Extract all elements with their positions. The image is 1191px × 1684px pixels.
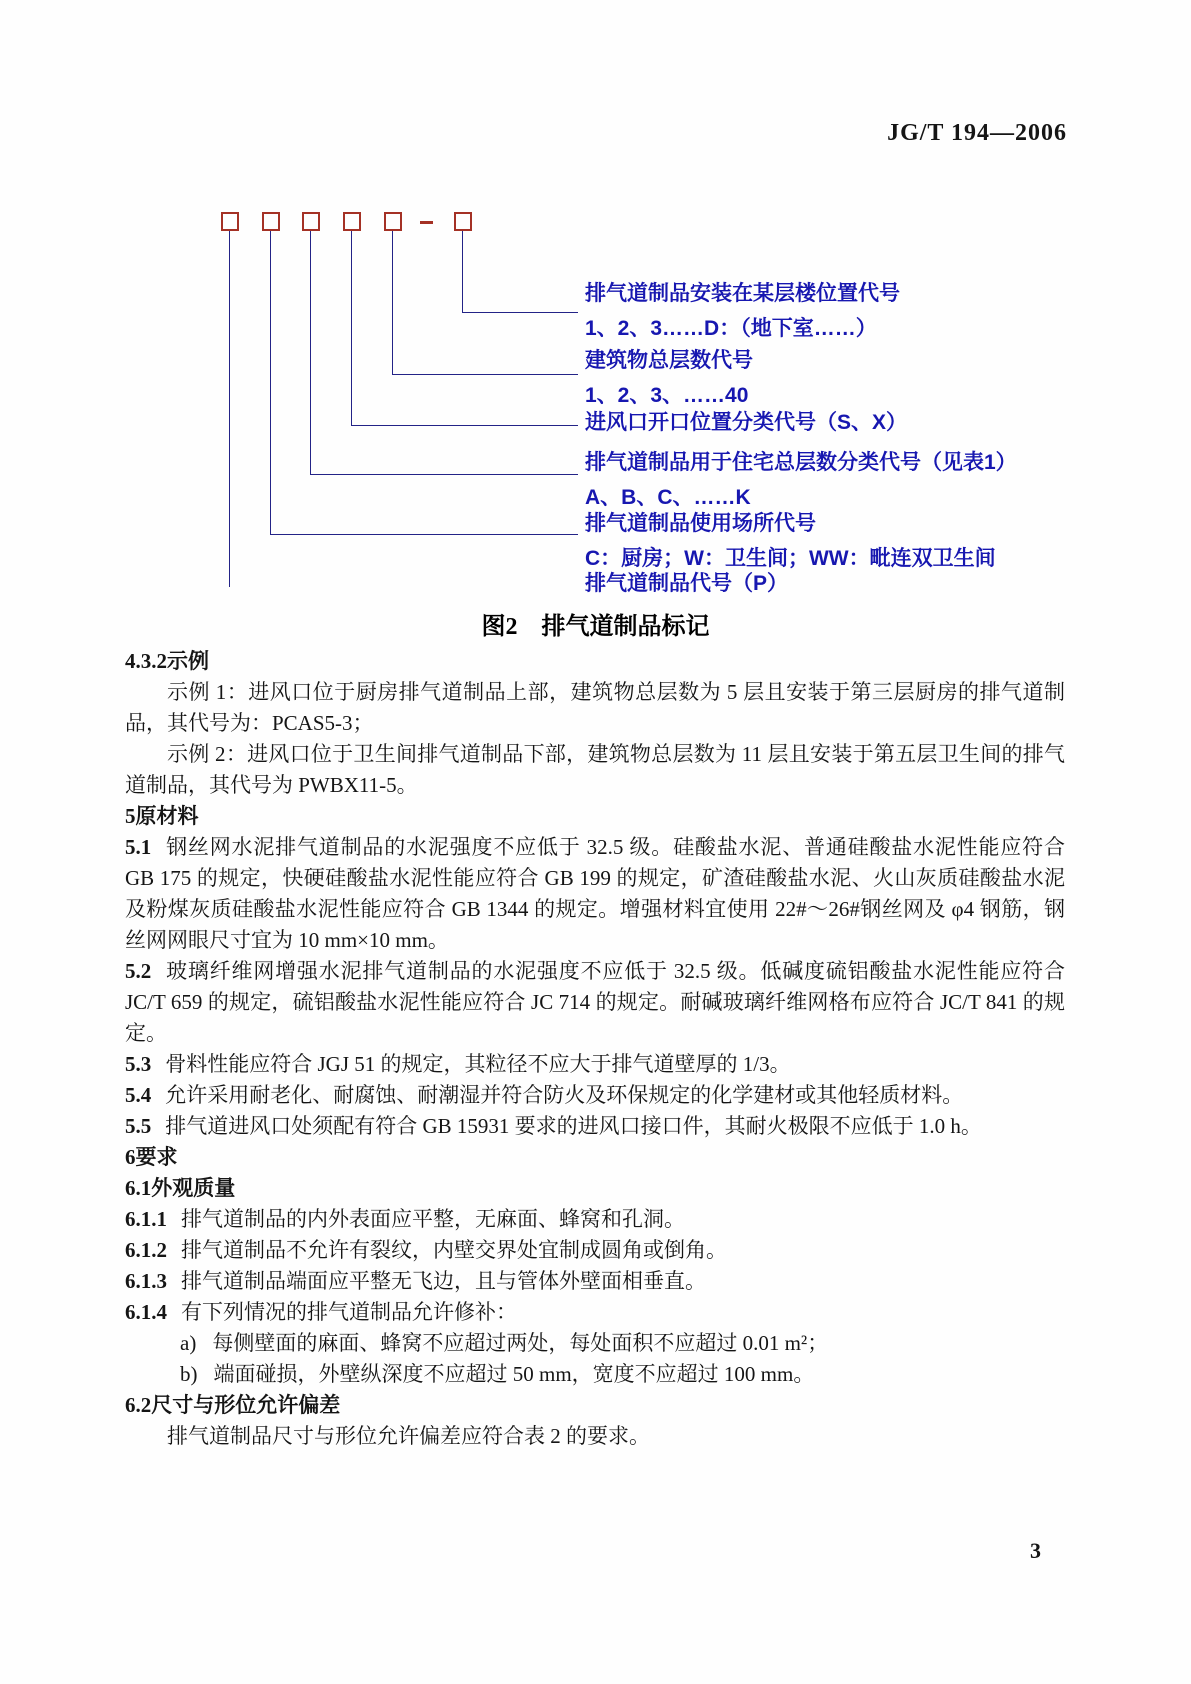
clause-text: 有下列情况的排气道制品允许修补： [181,1300,517,1324]
clause-title: 要求 [136,1145,178,1169]
designation-dash [420,221,433,224]
label-heading: 排气道制品使用场所代号 [585,513,996,535]
designation-box [454,212,472,231]
clause-number: 5 [125,804,136,828]
designation-box [343,212,361,231]
list-marker: a) [180,1331,196,1355]
section-heading-4-3-2: 4.3.2示例 [125,646,1065,677]
clause: 5.4允许采用耐老化、耐腐蚀、耐潮湿并符合防火及环保规定的化学建材或其他轻质材料… [125,1080,1065,1111]
clause-text: 排气道制品端面应平整无飞边，且与管体外壁面相垂直。 [181,1269,706,1293]
list-marker: b) [180,1362,198,1386]
connector-hline [310,474,578,475]
designation-box [384,212,402,231]
clause-number: 6.2 [125,1393,151,1417]
connector-hline [392,374,578,375]
clause: 6.1.2排气道制品不允许有裂纹，内壁交界处宜制成圆角或倒角。 [125,1235,1065,1266]
connector-vline [462,231,463,312]
clause-number: 4.3.2 [125,649,167,673]
clause-number: 5.4 [125,1083,151,1107]
designation-diagram: 排气道制品安装在某层楼位置代号 1、2、3……D：（地下室……） 建筑物总层数代… [0,0,1191,660]
label-heading: 进风口开口位置分类代号（S、X） [585,412,907,434]
clause-number: 6.1.1 [125,1207,167,1231]
clause-text: 钢丝网水泥排气道制品的水泥强度不应低于 32.5 级。硅酸盐水泥、普通硅酸盐水泥… [125,835,1065,952]
clause-text: 允许采用耐老化、耐腐蚀、耐潮湿并符合防火及环保规定的化学建材或其他轻质材料。 [165,1083,963,1107]
label-heading: 排气道制品用于住宅总层数分类代号（见表1） [585,452,1017,474]
clause-number: 5.2 [125,959,151,983]
diagram-label-usage-place: 排气道制品使用场所代号 C：厨房；W：卫生间；WW：毗连双卫生间 [585,513,996,570]
paragraph: 排气道制品尺寸与形位允许偏差应符合表 2 的要求。 [125,1421,1065,1452]
clause-number: 5.1 [125,835,151,859]
connector-vline [310,231,311,474]
list-item-b: b)端面碰损，外壁纵深度不应超过 50 mm，宽度不应超过 100 mm。 [125,1359,1065,1390]
figure-caption: 图2 排气道制品标记 [0,612,1191,642]
clause-text: 排气道制品不允许有裂纹，内壁交界处宜制成圆角或倒角。 [181,1238,727,1262]
clause-number: 6 [125,1145,136,1169]
diagram-label-floor-position: 排气道制品安装在某层楼位置代号 1、2、3……D：（地下室……） [585,283,900,340]
label-heading: 建筑物总层数代号 [585,350,753,372]
diagram-label-total-storeys: 建筑物总层数代号 1、2、3、……40 [585,350,753,407]
section-heading-5: 5原材料 [125,801,1065,832]
clause-title: 外观质量 [151,1176,235,1200]
clause-number: 5.5 [125,1114,151,1138]
list-item-a: a)每侧壁面的麻面、蜂窝不应超过两处，每处面积不应超过 0.01 m²； [125,1328,1065,1359]
clause-text: 排气道制品的内外表面应平整，无麻面、蜂窝和孔洞。 [181,1207,685,1231]
clause-text: 骨料性能应符合 JGJ 51 的规定，其粒径不应大于排气道壁厚的 1/3。 [165,1052,790,1076]
section-heading-6: 6要求 [125,1142,1065,1173]
connector-vline [392,231,393,374]
clause-title: 尺寸与形位允许偏差 [151,1393,340,1417]
label-values: 1、2、3、……40 [585,385,753,407]
clause-number: 6.1.4 [125,1300,167,1324]
connector-hline [351,425,578,426]
clause-title: 示例 [167,649,209,673]
section-heading-6-2: 6.2尺寸与形位允许偏差 [125,1390,1065,1421]
clause: 5.1钢丝网水泥排气道制品的水泥强度不应低于 32.5 级。硅酸盐水泥、普通硅酸… [125,832,1065,956]
example-paragraph: 示例 2：进风口位于卫生间排气道制品下部，建筑物总层数为 11 层且安装于第五层… [125,739,1065,801]
label-values: A、B、C、……K [585,487,1017,509]
label-values: C：厨房；W：卫生间；WW：毗连双卫生间 [585,548,996,570]
clause-text: 排气道进风口处须配有符合 GB 15931 要求的进风口接口件，其耐火极限不应低… [165,1114,982,1138]
label-heading: 排气道制品代号（P） [585,573,788,595]
document-body: 4.3.2示例 示例 1：进风口位于厨房排气道制品上部，建筑物总层数为 5 层且… [125,646,1065,1452]
connector-hline [462,312,578,313]
clause: 6.1.4有下列情况的排气道制品允许修补： [125,1297,1065,1328]
clause-number: 6.1 [125,1176,151,1200]
list-text: 端面碰损，外壁纵深度不应超过 50 mm，宽度不应超过 100 mm。 [214,1362,815,1386]
label-heading: 排气道制品安装在某层楼位置代号 [585,283,900,305]
clause: 6.1.1排气道制品的内外表面应平整，无麻面、蜂窝和孔洞。 [125,1204,1065,1235]
designation-box [221,212,239,231]
diagram-label-storey-class: 排气道制品用于住宅总层数分类代号（见表1） A、B、C、……K [585,452,1017,509]
label-values: 1、2、3……D：（地下室……） [585,318,900,340]
clause-number: 6.1.3 [125,1269,167,1293]
connector-vline [351,231,352,425]
clause-title: 原材料 [136,804,199,828]
clause-number: 5.3 [125,1052,151,1076]
clause-text: 玻璃纤维网增强水泥排气道制品的水泥强度不应低于 32.5 级。低碱度硫铝酸盐水泥… [125,959,1065,1045]
document-page: JG/T 194—2006 排气道制品安装在某层楼位置代号 1、2、3……D：（… [0,0,1191,1684]
section-heading-6-1: 6.1外观质量 [125,1173,1065,1204]
clause: 6.1.3排气道制品端面应平整无飞边，且与管体外壁面相垂直。 [125,1266,1065,1297]
diagram-label-product-code: 排气道制品代号（P） [585,573,788,595]
designation-box [302,212,320,231]
list-text: 每侧壁面的麻面、蜂窝不应超过两处，每处面积不应超过 0.01 m²； [212,1331,828,1355]
clause-number: 6.1.2 [125,1238,167,1262]
designation-box [262,212,280,231]
example-paragraph: 示例 1：进风口位于厨房排气道制品上部，建筑物总层数为 5 层且安装于第三层厨房… [125,677,1065,739]
clause: 5.3骨料性能应符合 JGJ 51 的规定，其粒径不应大于排气道壁厚的 1/3。 [125,1049,1065,1080]
diagram-label-inlet-position: 进风口开口位置分类代号（S、X） [585,412,907,434]
connector-vline [229,231,230,587]
connector-vline [270,231,271,534]
connector-hline [270,534,578,535]
clause: 5.5排气道进风口处须配有符合 GB 15931 要求的进风口接口件，其耐火极限… [125,1111,1065,1142]
clause: 5.2玻璃纤维网增强水泥排气道制品的水泥强度不应低于 32.5 级。低碱度硫铝酸… [125,956,1065,1049]
page-number: 3 [1030,1538,1041,1564]
